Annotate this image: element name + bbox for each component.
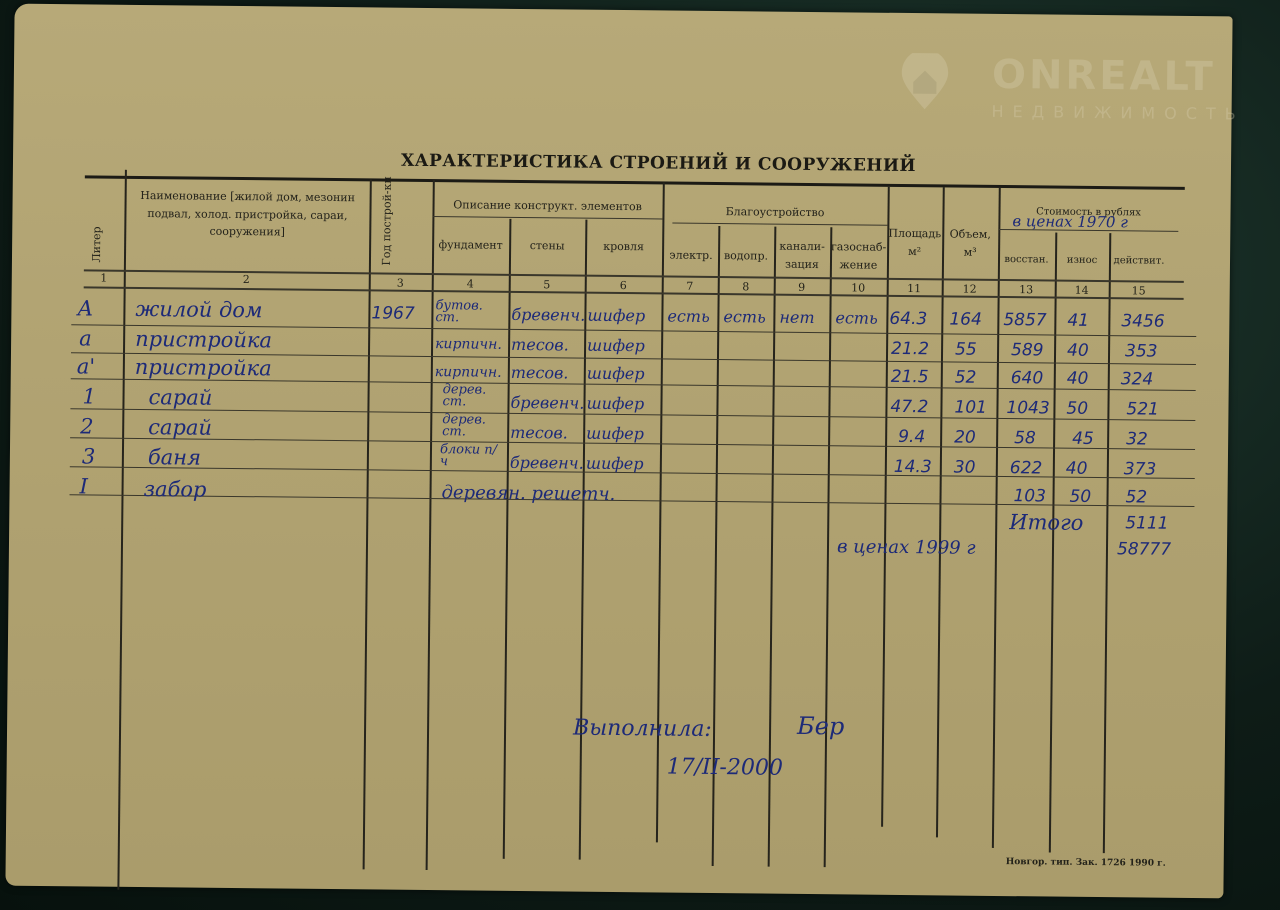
cell-name: жилой дом	[135, 297, 262, 322]
cell-liter: I	[79, 474, 88, 498]
header-year: Год построй-ки	[380, 175, 395, 265]
cell-name: пристройка	[135, 327, 272, 352]
header-volume: Объем, м³	[942, 225, 998, 261]
cell-liter: 3	[82, 444, 96, 468]
cell-area: 64.3	[889, 309, 927, 329]
header-gas: газоснаб-жение	[830, 238, 887, 274]
cell-restore: 103	[1013, 486, 1046, 506]
total-value: 5111	[1125, 513, 1168, 533]
cell-volume: 20	[954, 428, 976, 448]
cell-volume: 52	[955, 368, 977, 388]
signature-date: 17/II-2000	[667, 755, 783, 781]
header-liter: Литер	[90, 226, 103, 262]
cell-restore: 622	[1010, 458, 1043, 478]
prices-1999-label: в ценах 1999 г	[837, 536, 976, 558]
cell-wear: 50	[1069, 487, 1091, 507]
header-area: Площадь м²	[887, 225, 942, 261]
cell-walls: бревенч.	[510, 393, 584, 413]
cell-liter: а	[79, 326, 92, 350]
col-number: 4	[432, 277, 509, 291]
cell-foundation: бутов. ст.	[435, 300, 505, 325]
cell-name: сарай	[148, 385, 212, 410]
header-electric: электр.	[664, 246, 718, 264]
cell-wear: 40	[1066, 459, 1088, 479]
cell-name: баня	[148, 445, 201, 470]
col-number: 7	[662, 279, 718, 293]
cell-name: сарай	[148, 415, 212, 440]
cell-volume: 55	[955, 340, 977, 360]
header-water: водопр.	[718, 247, 774, 265]
header-sewer: канали-зация	[774, 238, 830, 274]
col-number: 13	[998, 283, 1055, 297]
header-restore: восстан.	[998, 252, 1055, 269]
cell-actual: 3456	[1121, 311, 1164, 331]
col-number: 11	[887, 282, 942, 296]
cell-liter: А	[77, 296, 93, 320]
header-wear: износ	[1055, 253, 1109, 270]
cell-sewer: нет	[779, 308, 814, 327]
cell-wear: 50	[1066, 399, 1088, 419]
cell-foundation: дерев. ст.	[442, 384, 502, 409]
cell-wear: 40	[1067, 369, 1089, 389]
cell-roof: шифер	[586, 424, 644, 444]
cell-walls: тесов.	[510, 423, 568, 443]
cell-liter: 1	[82, 384, 96, 408]
cell-walls: тесов.	[511, 335, 569, 355]
cell-wear: 45	[1072, 429, 1094, 449]
cell-roof: шифер	[587, 306, 645, 326]
cell-restore: 5857	[1003, 310, 1046, 330]
cell-restore: 1043	[1006, 398, 1049, 418]
cell-foundation: кирпичн.	[435, 336, 502, 353]
cell-wear: 40	[1067, 341, 1089, 361]
header-actual: действит.	[1109, 253, 1169, 270]
cell-volume: 101	[954, 398, 987, 418]
cell-walls: бревенч.	[510, 453, 584, 473]
cell-restore: 640	[1011, 368, 1044, 388]
total-label: Итого	[1009, 510, 1083, 535]
signature-mark: Бер	[797, 712, 844, 740]
cell-actual: 373	[1124, 459, 1157, 479]
col-number: 10	[830, 281, 887, 295]
header-name: Наименование [жилой дом, мезонин подвал,…	[128, 187, 367, 242]
header-amenities-group: Благоустройство	[662, 202, 887, 222]
col-number: 6	[585, 279, 662, 293]
col-number: 15	[1109, 284, 1169, 298]
cell-liter: а'	[77, 354, 96, 378]
cell-volume: 164	[949, 309, 982, 329]
col-number: 1	[84, 271, 124, 284]
col-number: 8	[718, 280, 774, 294]
col-number: 12	[942, 282, 998, 296]
cell-year: 1967	[371, 303, 414, 323]
cell-volume: 30	[954, 458, 976, 478]
col-number: 9	[774, 281, 830, 295]
cell-restore: 58	[1014, 428, 1036, 448]
cell-area: 21.5	[891, 367, 929, 387]
header-cost-note: в ценах 1970 г	[1012, 212, 1128, 231]
header-construct-group: Описание конструкт. элементов	[432, 196, 662, 216]
cell-foundation: деревян. решетч.	[441, 482, 615, 505]
cell-gas: есть	[835, 308, 878, 327]
cell-walls: тесов.	[511, 363, 569, 383]
cell-electric: есть	[667, 307, 710, 326]
cell-actual: 521	[1126, 399, 1159, 419]
cell-water: есть	[723, 307, 766, 326]
cell-actual: 324	[1121, 369, 1154, 389]
cell-roof: шифер	[587, 364, 645, 384]
cell-foundation: блоки п/ч	[440, 444, 500, 469]
signature-label: Выполнила:	[573, 716, 712, 742]
cell-walls: бревенч.	[511, 305, 585, 325]
header-walls: стены	[509, 237, 585, 255]
cell-restore: 589	[1011, 340, 1044, 360]
header-roof: кровля	[585, 238, 662, 256]
cell-foundation: кирпичн.	[435, 364, 502, 381]
cell-actual: 353	[1125, 341, 1158, 361]
cell-area: 9.4	[898, 427, 925, 447]
col-number: 2	[124, 272, 369, 288]
col-number: 5	[509, 278, 585, 292]
cell-name: забор	[143, 477, 206, 502]
cell-foundation: дерев. ст.	[442, 414, 502, 439]
cell-area: 14.3	[894, 457, 932, 477]
cell-area: 47.2	[890, 397, 928, 417]
cell-roof: шифер	[587, 336, 645, 356]
prices-1999-value: 58777	[1117, 539, 1171, 560]
form-sheet: ONREALT НЕДВИЖИМОСТЬ ХАРАКТЕРИСТИКА СТРО…	[5, 4, 1232, 899]
cell-wear: 41	[1067, 311, 1089, 331]
print-footer: Новгор. тип. Зак. 1726 1990 г.	[1006, 857, 1166, 869]
col-number: 14	[1055, 284, 1109, 298]
cell-liter: 2	[80, 414, 94, 438]
col-number: 3	[369, 276, 432, 290]
header-foundation: фундамент	[432, 236, 509, 254]
cell-actual: 32	[1126, 429, 1148, 449]
cell-roof: шифер	[586, 394, 644, 414]
cell-name: пристройка	[135, 355, 272, 380]
cell-roof: шифер	[586, 454, 644, 474]
cell-actual: 52	[1125, 487, 1147, 507]
cell-area: 21.2	[891, 339, 929, 359]
